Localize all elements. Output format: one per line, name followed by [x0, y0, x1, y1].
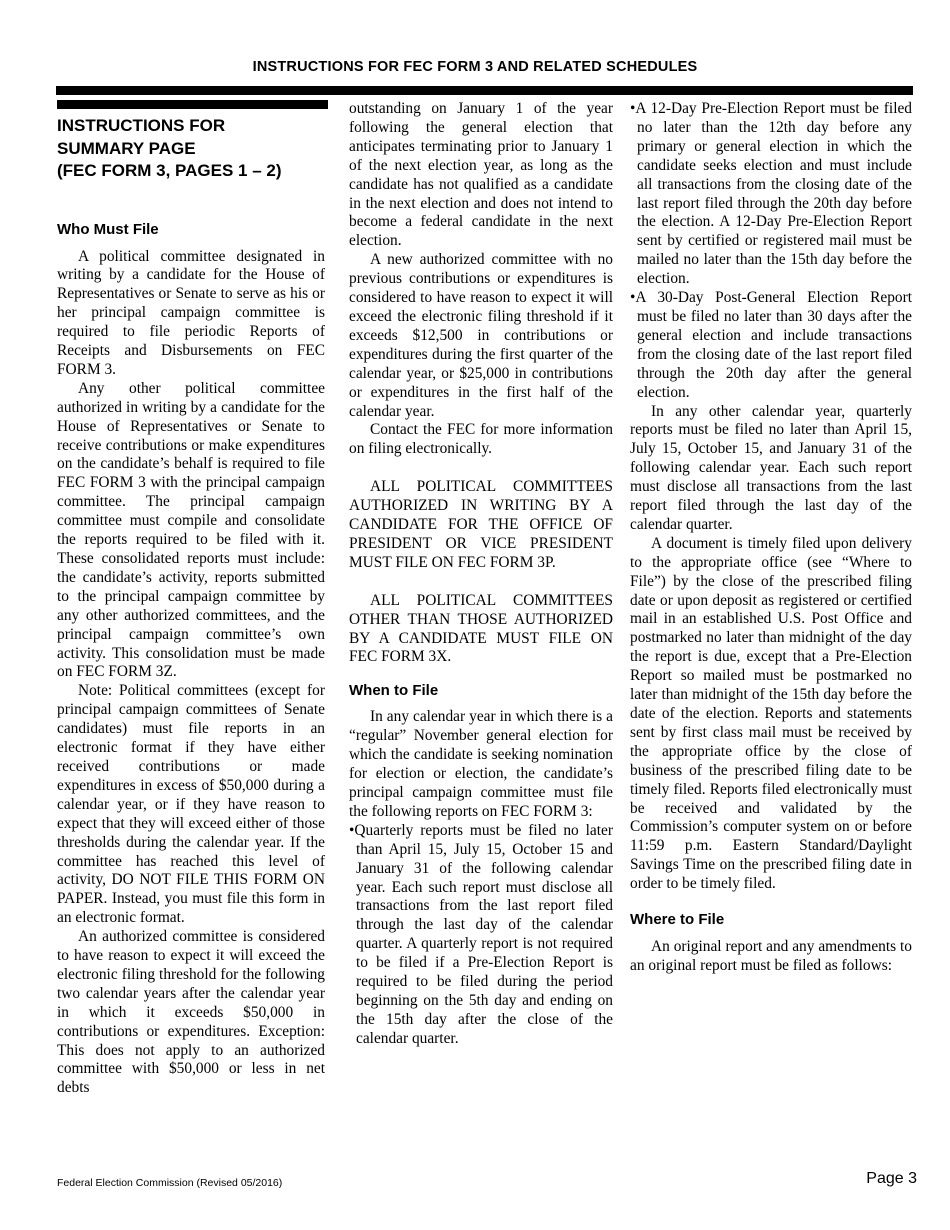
footer-agency-revision: Federal Election Commission (Revised 05/…	[57, 1177, 282, 1189]
bullet-item: •A 12-Day Pre-Election Report must be fi…	[630, 100, 912, 289]
paragraph: An authorized committee is considered to…	[57, 928, 325, 1098]
document-page: INSTRUCTIONS FOR FEC FORM 3 AND RELATED …	[0, 0, 950, 1230]
paragraph: outstanding on January 1 of the year fol…	[349, 100, 613, 251]
bullet-item: •Quarterly reports must be filed no late…	[349, 822, 613, 1049]
paragraph-all-caps: ALL POLITICAL COMMITTEES AUTHORIZED IN W…	[349, 478, 613, 573]
document-title-line-1: INSTRUCTIONS FOR	[57, 115, 325, 138]
paragraph: An original report and any amendments to…	[630, 938, 912, 976]
paragraph: A document is timely filed upon delivery…	[630, 535, 912, 894]
heading-who-must-file: Who Must File	[57, 221, 325, 239]
section-title-bar	[57, 100, 328, 109]
column-middle: outstanding on January 1 of the year fol…	[349, 100, 613, 1049]
column-left: INSTRUCTIONS FOR SUMMARY PAGE (FEC FORM …	[57, 100, 325, 1098]
paragraph: A new authorized committee with no previ…	[349, 251, 613, 421]
column-right: •A 12-Day Pre-Election Report must be fi…	[630, 100, 912, 976]
heading-where-to-file: Where to File	[630, 911, 912, 929]
paragraph: In any other calendar year, quarterly re…	[630, 403, 912, 535]
paragraph: In any calendar year in which there is a…	[349, 708, 613, 821]
bullet-item: •A 30-Day Post-General Election Report m…	[630, 289, 912, 402]
paragraph: Note: Political committees (except for p…	[57, 682, 325, 928]
footer-page-number: Page 3	[866, 1170, 917, 1188]
document-title: INSTRUCTIONS FOR SUMMARY PAGE (FEC FORM …	[57, 115, 325, 183]
document-title-line-2: SUMMARY PAGE	[57, 138, 325, 161]
page-header-title: INSTRUCTIONS FOR FEC FORM 3 AND RELATED …	[0, 59, 950, 75]
paragraph-all-caps: ALL POLITICAL COMMITTEES OTHER THAN THOS…	[349, 592, 613, 668]
paragraph: A political committee designated in writ…	[57, 248, 325, 380]
three-column-body: INSTRUCTIONS FOR SUMMARY PAGE (FEC FORM …	[57, 100, 912, 1098]
heading-when-to-file: When to File	[349, 682, 613, 700]
header-rule	[56, 86, 913, 95]
paragraph: Any other political committee authorized…	[57, 380, 325, 683]
paragraph: Contact the FEC for more information on …	[349, 421, 613, 459]
document-title-line-3: (FEC FORM 3, PAGES 1 – 2)	[57, 160, 325, 183]
